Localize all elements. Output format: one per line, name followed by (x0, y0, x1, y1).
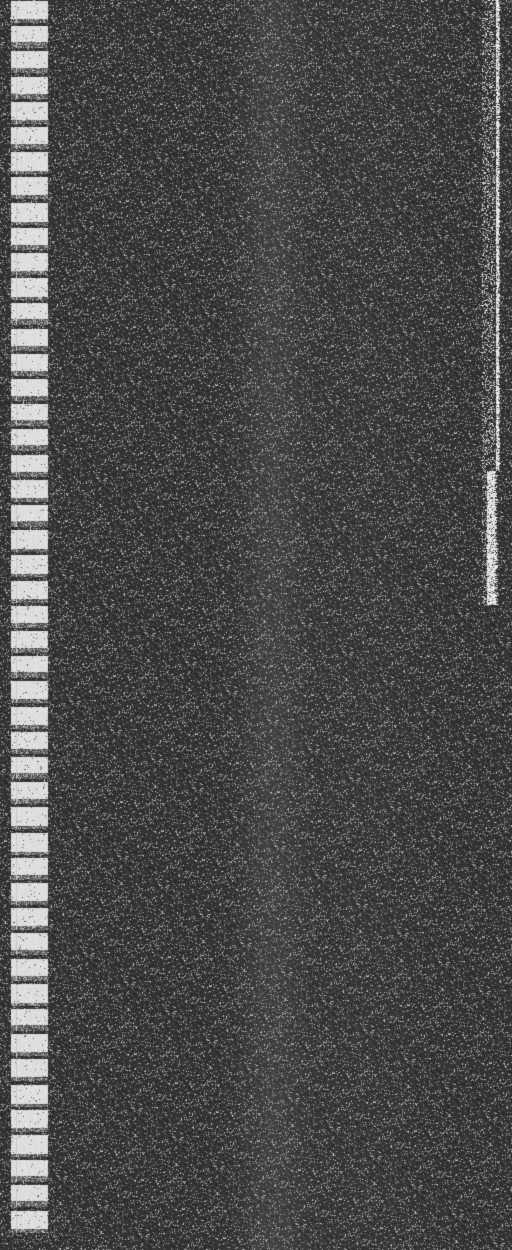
grainy-photo (0, 0, 512, 1250)
